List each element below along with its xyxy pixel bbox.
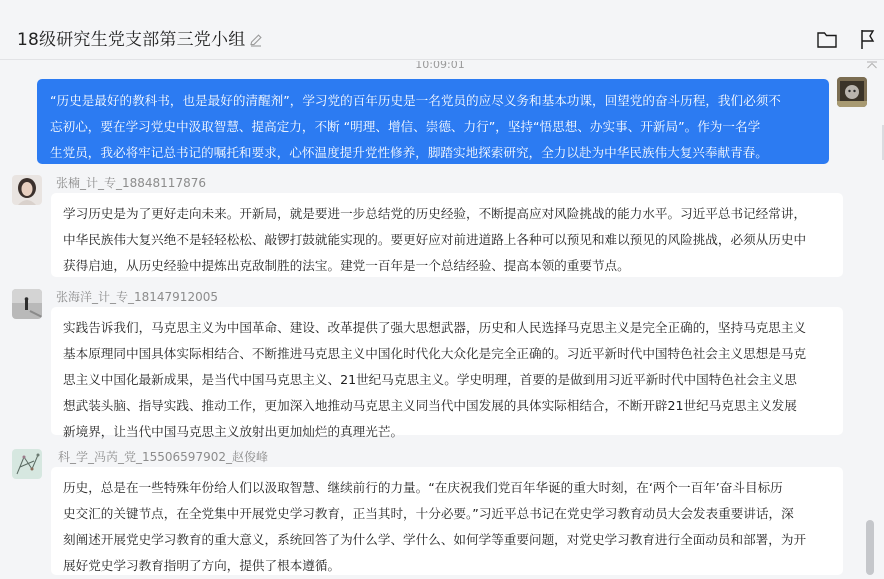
message-line: 新境界，让当代中国马克思主义放射出更加灿烂的真理光芒。 [63, 419, 831, 445]
message-line: 中华民族伟大复兴绝不是轻轻松松、敲锣打鼓就能实现的。要更好应对前进道路上各种可以… [63, 227, 831, 253]
flag-icon[interactable] [858, 28, 876, 50]
sender-avatar[interactable] [12, 449, 42, 479]
sender-name: 科_学_冯芮_党_15506597902_赵俊峰 [58, 448, 268, 465]
edit-icon[interactable] [248, 32, 264, 48]
message-line: 展好党史学习教育指明了方向，提供了根本遵循。 [63, 553, 831, 579]
message-bubble[interactable]: 学习历史是为了更好走向未来。开新局，就是要进一步总结党的历史经验，不断提高应对风… [51, 193, 843, 277]
chat-header: 18级研究生党支部第三党小组 [0, 0, 884, 60]
message-line: 实践告诉我们，马克思主义为中国革命、建设、改革提供了强大思想武器，历史和人民选择… [63, 315, 831, 341]
message-bubble[interactable]: 历史，总是在一些特殊年份给人们以汲取智慧、继续前行的力量。“在庆祝我们党百年华诞… [51, 467, 843, 575]
message-bubble-self[interactable]: “历史是最好的教科书，也是最好的清醒剂”，学习党的百年历史是一名党员的应尽义务和… [37, 79, 829, 164]
collapse-up-icon[interactable] [866, 61, 878, 69]
message-list[interactable]: 10:09:01 “历史是最好的教科书，也是最好的清醒剂”，学习党的百年历史是一… [0, 61, 884, 579]
message-line: 史交汇的关键节点，在全党集中开展党史学习教育，正当其时，十分必要。”习近平总书记… [63, 501, 831, 527]
message-line: 生党员，我必将牢记总书记的嘱托和要求，心怀温度提升党性修养，脚踏实地探索研究，全… [50, 140, 817, 166]
sender-avatar[interactable] [12, 175, 42, 205]
message-line: 获得启迪，从历史经验中提炼出克敌制胜的法宝。建党一百年是一个总结经验、提高本领的… [63, 253, 831, 279]
message-line: 思主义中国化最新成果，是当代中国马克思主义、21世纪马克思主义。学史明理，首要的… [63, 367, 831, 393]
folder-icon[interactable] [816, 30, 838, 50]
message-timestamp: 10:09:01 [0, 61, 880, 71]
message-line: 想武装头脑、指导实践、推动工作，更加深入地推动马克思主义同当代中国发展的具体实际… [63, 393, 831, 419]
sender-avatar[interactable] [12, 289, 42, 319]
sender-name: 张海洋_计_专_18147912005 [56, 288, 218, 305]
message-line: 刻阐述开展党史学习教育的重大意义，系统回答了为什么学、学什么、如何学等重要问题，… [63, 527, 831, 553]
message-line: 忘初心，要在学习党史中汲取智慧、提高定力，不断 “明理、增信、崇德、力行”，坚持… [50, 114, 817, 140]
message-line: “历史是最好的教科书，也是最好的清醒剂”，学习党的百年历史是一名党员的应尽义务和… [50, 88, 817, 114]
scrollbar-thumb[interactable] [866, 520, 874, 575]
message-bubble[interactable]: 实践告诉我们，马克思主义为中国革命、建设、改革提供了强大思想武器，历史和人民选择… [51, 307, 843, 435]
group-title: 18级研究生党支部第三党小组 [17, 28, 245, 52]
message-line: 基本原理同中国具体实际相结合、不断推进马克思主义中国化时代化大众化是完全正确的。… [63, 341, 831, 367]
message-line: 历史，总是在一些特殊年份给人们以汲取智慧、继续前行的力量。“在庆祝我们党百年华诞… [63, 475, 831, 501]
self-avatar[interactable] [837, 77, 867, 107]
message-line: 学习历史是为了更好走向未来。开新局，就是要进一步总结党的历史经验，不断提高应对风… [63, 201, 831, 227]
sender-name: 张楠_计_专_18848117876 [56, 174, 206, 191]
